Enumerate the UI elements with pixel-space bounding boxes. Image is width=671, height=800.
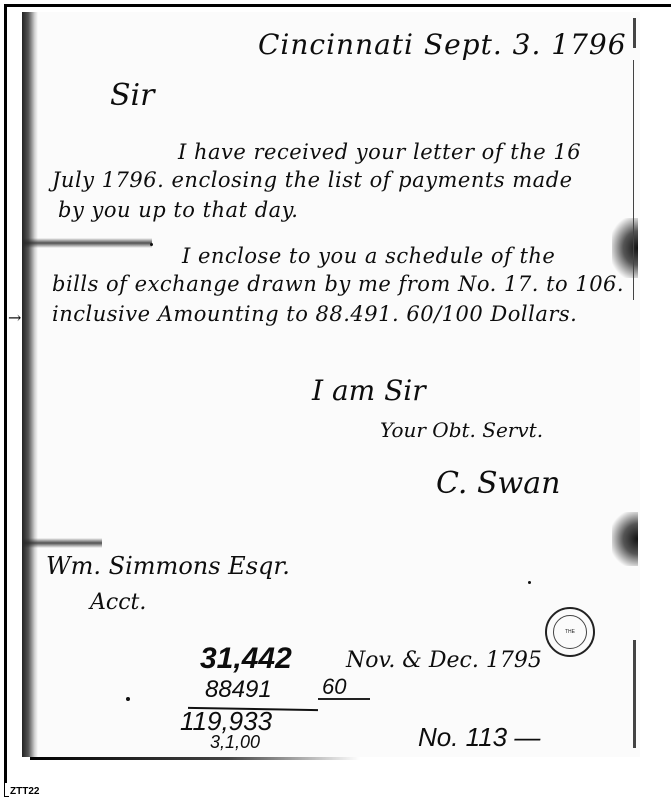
body-line-6: inclusive Amounting to 88.491. 60/100 Do… <box>52 302 577 326</box>
file-code-bracket <box>4 780 9 797</box>
cents-underline <box>318 698 370 700</box>
fold-stain-upper-right <box>612 218 638 278</box>
closing-line-2: Your Obt. Servt. <box>380 418 543 442</box>
calc-line-2-cents: 60 <box>322 674 346 700</box>
right-edge-line-upper <box>633 60 634 300</box>
right-edge-line-lower <box>633 640 636 748</box>
ink-speck-2 <box>150 243 153 246</box>
body-line-5: bills of exchange drawn by me from No. 1… <box>52 272 624 296</box>
margin-arrow-mark: → <box>8 308 21 327</box>
calc-total-sub: 3,1,00 <box>210 732 260 753</box>
dateline: Cincinnati Sept. 3. 1796 <box>258 28 627 61</box>
calc-line-1: 31,442 <box>200 642 292 676</box>
body-line-2: July 1796. enclosing the list of payment… <box>52 168 573 192</box>
ink-speck <box>528 581 531 584</box>
body-line-4: I enclose to you a schedule of the <box>182 244 555 268</box>
fold-stain-lower-right <box>612 512 638 566</box>
fold-crease-lower-left <box>22 538 102 548</box>
salutation: Sir <box>110 78 155 113</box>
file-code: ZTT22 <box>10 786 39 797</box>
body-line-3: by you up to that day. <box>58 198 298 222</box>
calc-line-2: 88491 <box>205 676 272 704</box>
ink-dot <box>126 697 130 701</box>
calc-line-1-note: Nov. & Dec. 1795 <box>346 648 542 673</box>
archives-stamp: THE NATIONAL ARCHIVES <box>545 607 595 657</box>
signature: C. Swan <box>436 466 560 501</box>
fold-crease-upper-left <box>22 238 152 248</box>
reference-number: No. 113 — <box>418 722 540 753</box>
addressee-account: Acct. <box>90 590 146 615</box>
body-line-1: I have received your letter of the 16 <box>178 140 581 164</box>
left-edge-shadow <box>22 12 38 757</box>
right-edge-mark <box>633 18 636 48</box>
addressee-name: Wm. Simmons Esqr. <box>46 552 290 580</box>
stamp-text: THE NATIONAL ARCHIVES <box>553 615 587 649</box>
closing-line-1: I am Sir <box>312 374 426 407</box>
bottom-edge-line <box>30 757 360 760</box>
